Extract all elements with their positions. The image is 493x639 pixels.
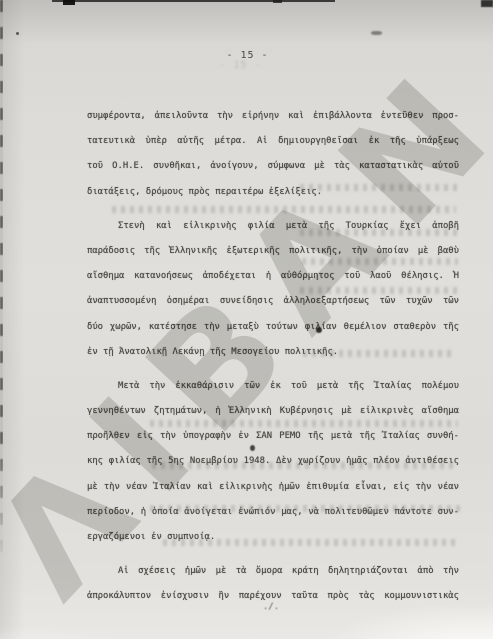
ghost-text-line <box>300 229 458 236</box>
continuation-mark: ./. <box>246 602 296 612</box>
typescript-line: δύο χωρῶν, κατέστησε τὴν μεταξὺ τούτων φ… <box>87 315 459 340</box>
page-number-ghost: - 15 - <box>178 60 303 71</box>
dust-dot <box>16 32 19 35</box>
ghost-text-line <box>300 287 458 294</box>
ghost-text-line <box>163 539 458 546</box>
ink-blob <box>250 445 255 451</box>
ghost-text-line <box>152 462 458 469</box>
typescript-line: τατευτικὰ ὑπὲρ αὐτῆς μέτρα. Αἱ δημιουργη… <box>87 129 459 154</box>
scan-edge-shadow <box>0 0 3 565</box>
ghost-text-line <box>150 420 458 427</box>
typescript-line: αἴσθημα κατανοήσεως ἀποδέχεται ἡ αὐθόρμη… <box>87 264 459 289</box>
ghost-text-line <box>300 184 458 191</box>
page-number: - 15 - <box>185 50 310 61</box>
typescript-line: Αἱ σχέσεις ἡμῶν μὲ τὰ ὅμορα κράτη δηλητη… <box>87 559 459 584</box>
typescript-line: περίοδον, ἡ ὁποία ἀνοίγεται ἐνώπιόν μας,… <box>87 500 459 525</box>
document-page: - 15 - - 15 - συμφέροντα, ἀπειλοῦντα τὴν… <box>0 0 493 639</box>
typescript-line: τοῦ Ο.Η.Ε. συνθῆκαι, ἀνοίγουν, σύμφωνα μ… <box>87 154 459 179</box>
typescript-line: μὲ τὴν νέαν Ἰταλίαν καὶ εἰλικρινὴς ἡμῶν … <box>87 475 459 500</box>
scan-top-tick <box>273 0 282 3</box>
ghost-text-line <box>303 350 455 357</box>
scan-top-blob <box>63 0 75 5</box>
ghost-text-line <box>150 505 460 512</box>
scan-top-line <box>52 0 335 2</box>
typescript-line: Μετὰ τὴν ἐκκαθάρισιν τῶν ἐκ τοῦ μετὰ τῆς… <box>87 374 459 399</box>
pencil-mark <box>371 31 382 35</box>
typescript-line: προῆλθεν εἰς τὴν ὑπογραφὴν ἐν ΣΑΝ ΡΕΜΟ τ… <box>87 424 459 449</box>
typescript-line: συμφέροντα, ἀπειλοῦντα τὴν εἰρήνην καὶ ἐ… <box>87 104 459 129</box>
typescript-line: εργαζόμενοι ἐν συμπνοίᾳ. <box>87 525 459 550</box>
ghost-text-line <box>112 206 456 213</box>
scan-corner-mark <box>481 0 493 7</box>
ink-blob <box>316 327 322 333</box>
ghost-text-line <box>302 258 458 265</box>
